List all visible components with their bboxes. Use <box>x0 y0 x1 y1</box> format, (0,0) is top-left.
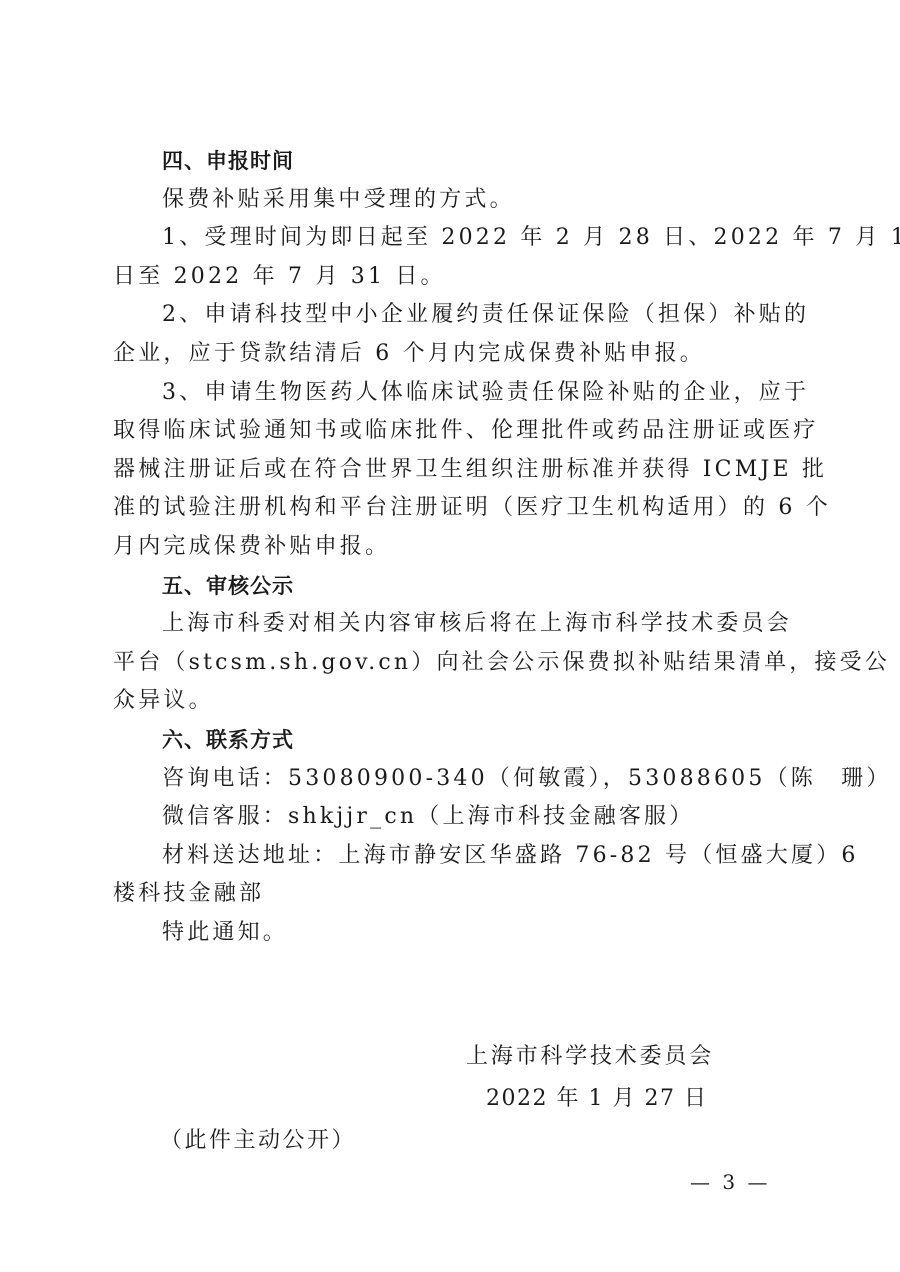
public-disclosure-note: （此件主动公开） <box>160 1122 356 1161</box>
paragraph-line: 日至 2022 年 7 月 31 日。 <box>113 258 789 297</box>
page-number: — 3 — <box>690 1163 770 1202</box>
paragraph-line: 上海市科委对相关内容审核后将在上海市科学技术委员会 <box>113 605 789 644</box>
signature-date: 2022 年 1 月 27 日 <box>486 1080 707 1119</box>
signature-org: 上海市科学技术委员会 <box>466 1038 714 1077</box>
paragraph-line: 3、申请生物医药人体临床试验责任保险补贴的企业，应于 <box>113 374 789 413</box>
section-heading-application-time: 四、申报时间 <box>113 142 789 181</box>
paragraph-line: 准的试验注册机构和平台注册证明（医疗卫生机构适用）的 6 个 <box>113 489 789 528</box>
paragraph-line: 器械注册证后或在符合世界卫生组织注册标准并获得 ICMJE 批 <box>113 451 789 490</box>
section-heading-contact: 六、联系方式 <box>113 721 789 760</box>
contact-address-line-continued: 楼科技金融部 <box>113 875 789 914</box>
contact-phone-line: 咨询电话：53080900-340（何敏霞），53088605（陈 珊） <box>113 760 789 799</box>
paragraph-line: 取得临床试验通知书或临床批件、伦理批件或药品注册证或医疗 <box>113 412 789 451</box>
contact-address-line: 材料送达地址：上海市静安区华盛路 76-82 号（恒盛大厦）6 <box>113 837 789 876</box>
closing-line: 特此通知。 <box>113 914 789 953</box>
paragraph-line: 平台（stcsm.sh.gov.cn）向社会公示保费拟补贴结果清单，接受公 <box>113 644 789 683</box>
section-heading-review-publicity: 五、审核公示 <box>113 567 789 606</box>
paragraph-line: 众异议。 <box>113 682 789 721</box>
paragraph-line: 月内完成保费补贴申报。 <box>113 528 789 567</box>
paragraph-line: 1、受理时间为即日起至 2022 年 2 月 28 日、2022 年 7 月 1 <box>113 219 789 258</box>
paragraph-line: 2、申请科技型中小企业履约责任保证保险（担保）补贴的 <box>113 296 789 335</box>
contact-wechat-line: 微信客服：shkjjr_cn（上海市科技金融客服） <box>113 798 789 837</box>
paragraph-line: 保费补贴采用集中受理的方式。 <box>113 181 789 220</box>
document-body: 四、申报时间 保费补贴采用集中受理的方式。 1、受理时间为即日起至 2022 年… <box>113 142 789 952</box>
paragraph-line: 企业，应于贷款结清后 6 个月内完成保费补贴申报。 <box>113 335 789 374</box>
